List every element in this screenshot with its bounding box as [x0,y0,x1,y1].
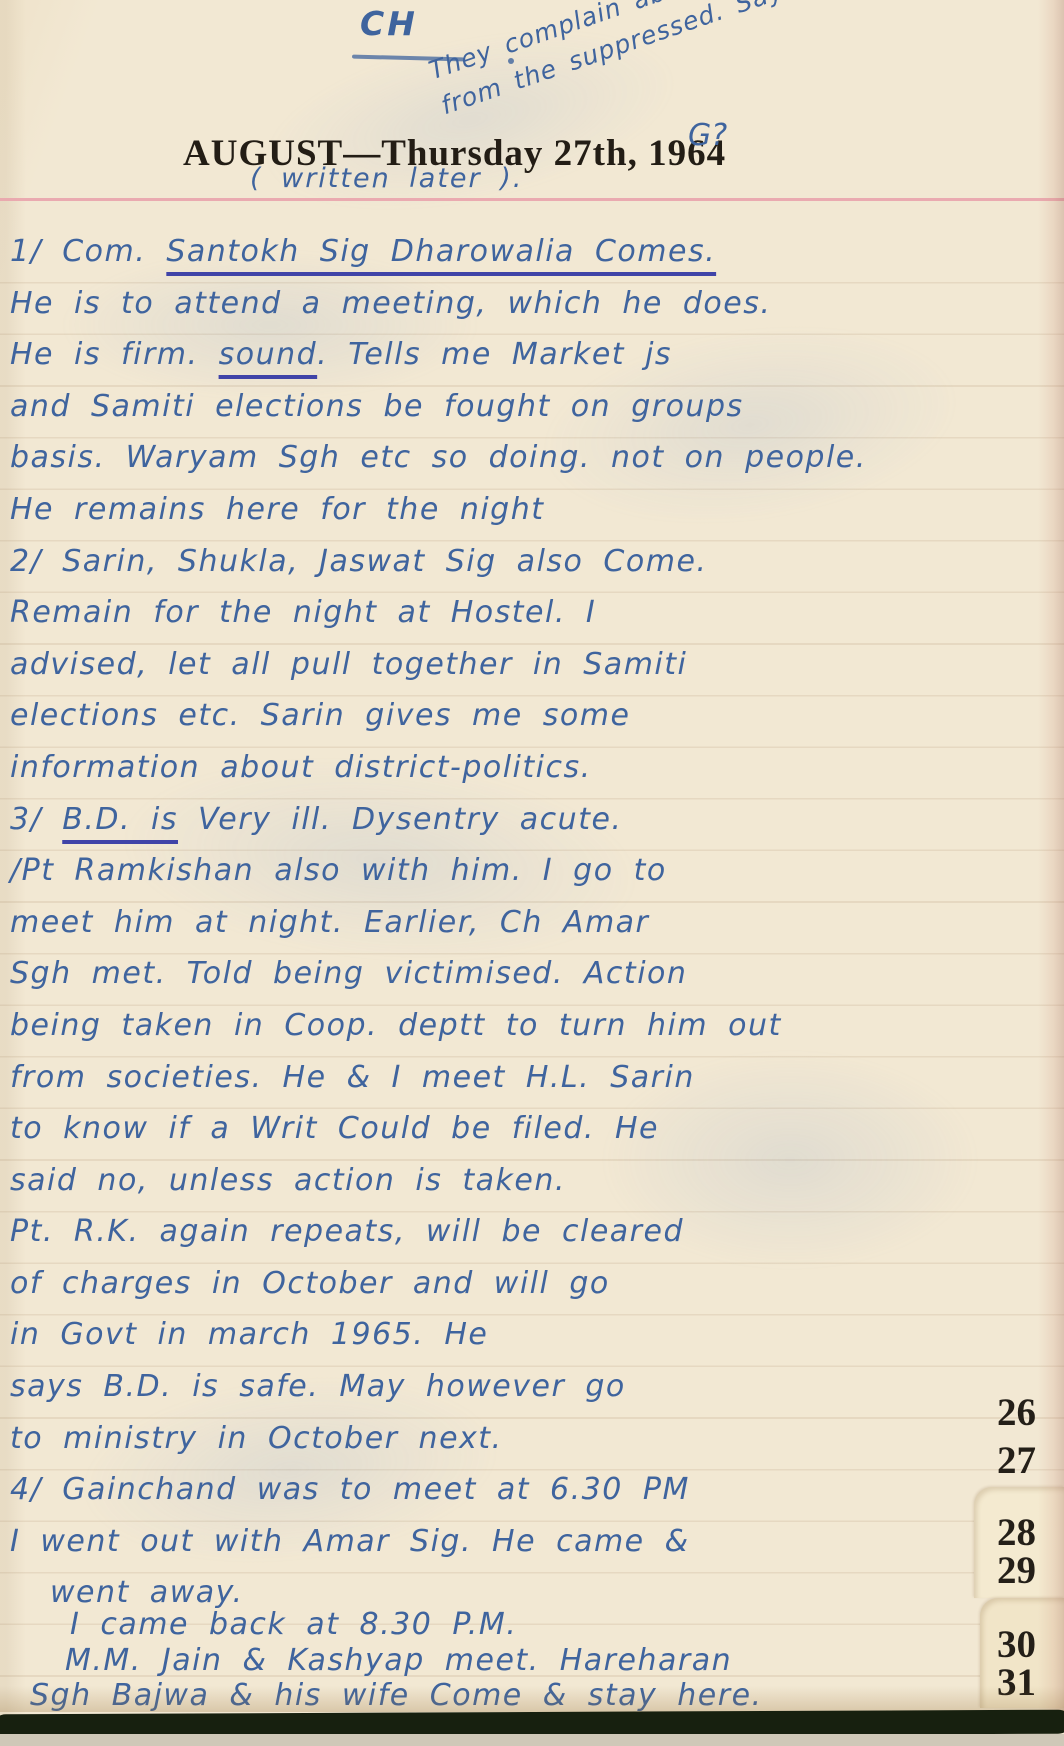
tab-number-30: 30 [997,1625,1057,1664]
diary-line: of charges in October and will go [0,1258,1040,1310]
phrase: advised, let all pull together in Samiti [10,647,687,682]
phrase: basis. Waryam Sgh etc so doing. not on p… [10,440,867,475]
diagonal-annotation: They complain about oppression from the … [424,0,921,124]
phrase: Sgh met. Told being victimised. Action [10,956,687,991]
phrase: 4/ Gainchand was to meet at 6.30 PM [10,1472,690,1507]
underlined-phrase: sound [219,337,318,372]
tab-number-31: 31 [997,1663,1057,1702]
diary-line: 4/ Gainchand was to meet at 6.30 PM [0,1464,1040,1516]
underlined-phrase: Santokh Sig Dharowalia Comes. [166,234,716,269]
phrase: to ministry in October next. [10,1421,503,1456]
diary-line: and Samiti elections be fought on groups [0,381,1040,433]
ch-annotation: CH [360,4,418,43]
tab-number-29: 29 [997,1551,1057,1590]
diary-line: Sgh met. Told being victimised. Action [0,948,1040,1000]
phrase: from societies. He & I meet H.L. Sarin [10,1060,695,1095]
phrase: 2/ Sarin, Shukla, Jaswat Sig also Come. [10,544,707,579]
diary-lines: 1/ Com. Santokh Sig Dharowalia Comes.He … [0,226,1040,1722]
diary-line: from societies. He & I meet H.L. Sarin [0,1052,1040,1104]
diary-line: meet him at night. Earlier, Ch Amar [0,897,1040,949]
diary-line: He is firm. sound. Tells me Market js [0,329,1040,381]
diary-line: advised, let all pull together in Samiti [0,639,1040,691]
phrase: 3/ [10,802,62,837]
phrase: being taken in Coop. deptt to turn him o… [10,1008,782,1043]
diary-line: 3/ B.D. is Very ill. Dysentry acute. [0,794,1040,846]
phrase: elections etc. Sarin gives me some [10,698,630,733]
diary-line: 2/ Sarin, Shukla, Jaswat Sig also Come. [0,536,1040,588]
tab-number-26: 26 [997,1393,1057,1432]
tab-number-28: 28 [997,1513,1057,1552]
phrase: Sgh Bajwa & his wife Come & stay here. [30,1678,763,1713]
phrase: Remain for the night at Hostel. I [10,595,596,630]
phrase: He remains here for the night [10,492,545,527]
phrase: Very ill. Dysentry acute. [178,802,622,837]
phrase: in Govt in march 1965. He [10,1317,488,1352]
diary-line: to ministry in October next. [0,1413,1040,1465]
phrase: and Samiti elections be fought on groups [10,389,744,424]
header-rule [0,198,1064,201]
phrase: He is to attend a meeting, which he does… [10,286,771,321]
phrase: information about district-politics. [10,750,592,785]
diary-line: information about district-politics. [0,742,1040,794]
diary-line: 1/ Com. Santokh Sig Dharowalia Comes. [0,226,1040,278]
underlined-phrase: B.D. is [62,802,178,837]
phrase: /Pt Ramkishan also with him. I go to [10,853,667,888]
diary-line: I went out with Amar Sig. He came & [0,1516,1040,1568]
phrase: says B.D. is safe. May however go [10,1369,626,1404]
phrase: to know if a Writ Could be filed. He [10,1111,659,1146]
phrase: of charges in October and will go [10,1266,610,1301]
diary-line: says B.D. is safe. May however go [0,1361,1040,1413]
diary-line: in Govt in march 1965. He [0,1309,1040,1361]
written-later-note: ( written later ). [250,163,523,194]
diary-line: He is to attend a meeting, which he does… [0,278,1040,330]
diary-line: basis. Waryam Sgh etc so doing. not on p… [0,432,1040,484]
date-scribble: G? [688,118,727,153]
phrase: I went out with Amar Sig. He came & [10,1524,690,1559]
diary-line: Pt. R.K. again repeats, will be cleared [0,1206,1040,1258]
diary-line: Remain for the night at Hostel. I [0,587,1040,639]
diary-line: /Pt Ramkishan also with him. I go to [0,845,1040,897]
phrase: said no, unless action is taken. [10,1163,566,1198]
phrase: meet him at night. Earlier, Ch Amar [10,905,649,940]
phrase: 1/ Com. [10,234,166,269]
phrase: Pt. R.K. again repeats, will be cleared [10,1214,684,1249]
diary-line: He remains here for the night [0,484,1040,536]
phrase: He is firm. [10,337,219,372]
tab-number-27: 27 [997,1441,1057,1480]
phrase: . Tells me Market js [317,337,672,372]
background-surface [0,1734,1064,1746]
diary-page: CH They complain about oppression from t… [0,0,1064,1746]
diary-line: to know if a Writ Could be filed. He [0,1103,1040,1155]
diary-line: being taken in Coop. deptt to turn him o… [0,1000,1040,1052]
diary-line: said no, unless action is taken. [0,1155,1040,1207]
diary-line: elections etc. Sarin gives me some [0,690,1040,742]
